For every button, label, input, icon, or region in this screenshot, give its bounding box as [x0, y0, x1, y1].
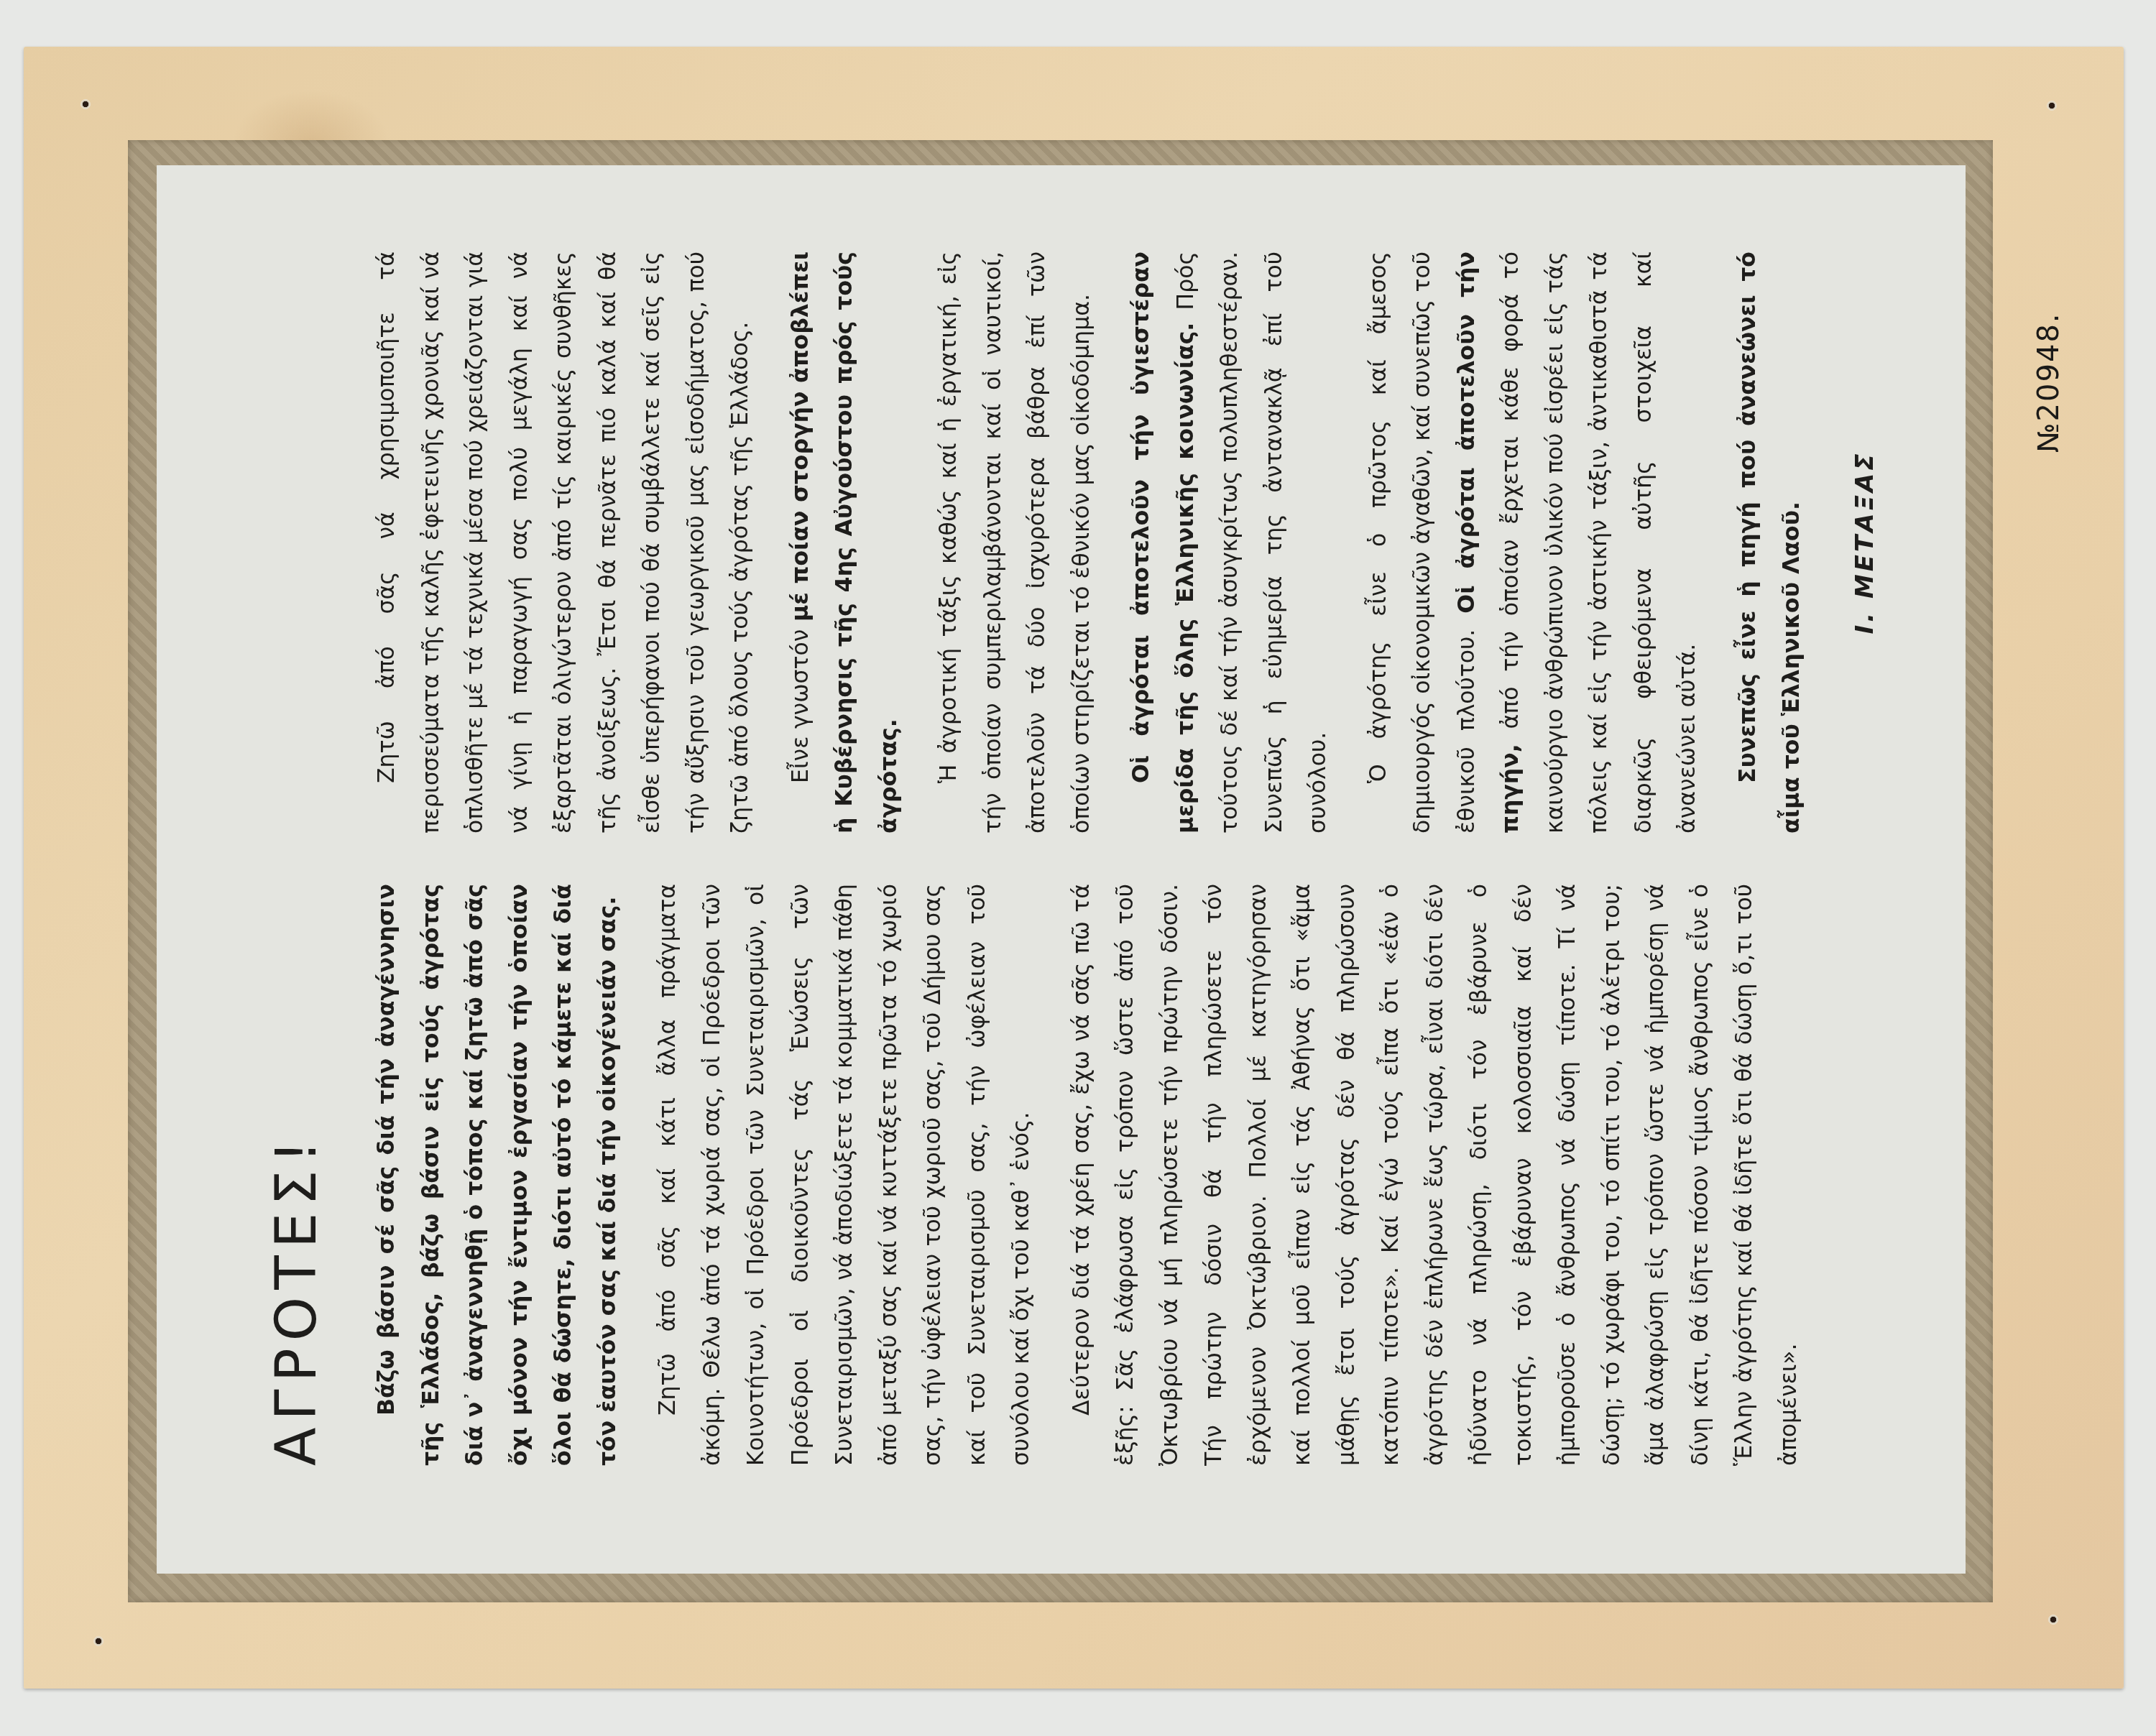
- catalog-number: №20948.: [2031, 280, 2067, 453]
- signature: Ι. ΜΕΤΑΞΑΣ: [1843, 251, 1888, 834]
- pin-hole-icon: [93, 1636, 103, 1646]
- pin-hole-icon: [2048, 1615, 2058, 1625]
- paragraph: Εἶνε γνωστόν μέ ποίαν στοργήν ἀποβλέπει …: [779, 251, 912, 834]
- poster-sheet: ΑΓΡΟΤΕΣ! Βάζω βάσιν σέ σᾶς διά τήν ἀναγέ…: [157, 165, 1966, 1574]
- text-column-2: Ζητῶ ἀπό σᾶς νά χρησιμοποιῆτε τά περισσε…: [365, 251, 1946, 834]
- paragraph: Δεύτερον διά τά χρέη σας, ἔχω νά σᾶς πῶ …: [1060, 884, 1812, 1466]
- poster-content: ΑΓΡΟΤΕΣ! Βάζω βάσιν σέ σᾶς διά τήν ἀναγέ…: [157, 165, 1966, 1574]
- paragraph: Ἡ ἀγροτική τάξις καθώς καί ἡ ἐργατική, ε…: [927, 251, 1104, 834]
- text-run-bold: Οἱ ἀγρόται ἀποτελοῦν τήν ὑγιεστέραν μερί…: [1128, 251, 1199, 834]
- paragraph: Ὁ ἀγρότης εἶνε ὁ πρῶτος καί ἄμεσος δημιο…: [1357, 251, 1710, 834]
- paragraph: Οἱ ἀγρόται ἀποτελοῦν τήν ὑγιεστέραν μερί…: [1120, 251, 1341, 834]
- paragraph: Ζητῶ ἀπό σᾶς νά χρησιμοποιῆτε τά περισσε…: [365, 251, 763, 834]
- paragraph-intro: Βάζω βάσιν σέ σᾶς διά τήν ἀναγέννησιν τῆ…: [365, 884, 630, 1466]
- text-column-1: Βάζω βάσιν σέ σᾶς διά τήν ἀναγέννησιν τῆ…: [365, 884, 1946, 1466]
- text-run: ἀπό τήν ὁποίαν ἔρχεται κάθε φορά τό καιν…: [1498, 251, 1700, 834]
- pin-hole-icon: [2047, 101, 2057, 111]
- pin-hole-icon: [80, 99, 91, 109]
- paragraph-conclusion: Συνεπῶς εἶνε ἡ πηγή πού ἀνανεώνει τό αἷμ…: [1726, 251, 1815, 834]
- paragraph: Ζητῶ ἀπό σᾶς καί κάτι ἄλλα πράγματα ἀκόμ…: [646, 884, 1044, 1466]
- poster-title: ΑΓΡΟΤΕΣ!: [264, 251, 344, 1466]
- text-run: Εἶνε γνωστόν: [788, 622, 814, 783]
